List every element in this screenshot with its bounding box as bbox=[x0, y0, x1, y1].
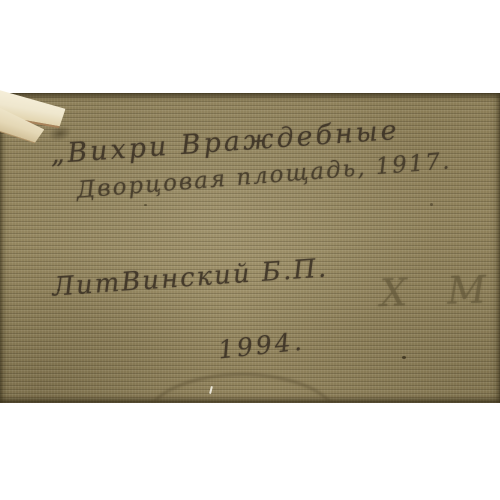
photo-page: „Вихри Враждебные Дворцовая площадь, 191… bbox=[0, 0, 500, 500]
canvas-back-photo: „Вихри Враждебные Дворцовая площадь, 191… bbox=[0, 93, 500, 403]
canvas-speck bbox=[430, 203, 433, 206]
canvas-speck bbox=[144, 204, 147, 206]
faint-stamp-arc bbox=[140, 369, 345, 403]
stamp-circle-outline bbox=[146, 373, 338, 403]
inscription-material-mark: Х М bbox=[379, 267, 500, 315]
inscription-year: 1994. bbox=[217, 327, 306, 365]
inscription-artist-signature: ЛитВинский Б.П. bbox=[51, 253, 329, 302]
canvas-speck bbox=[57, 289, 60, 291]
canvas-speck bbox=[402, 356, 406, 359]
